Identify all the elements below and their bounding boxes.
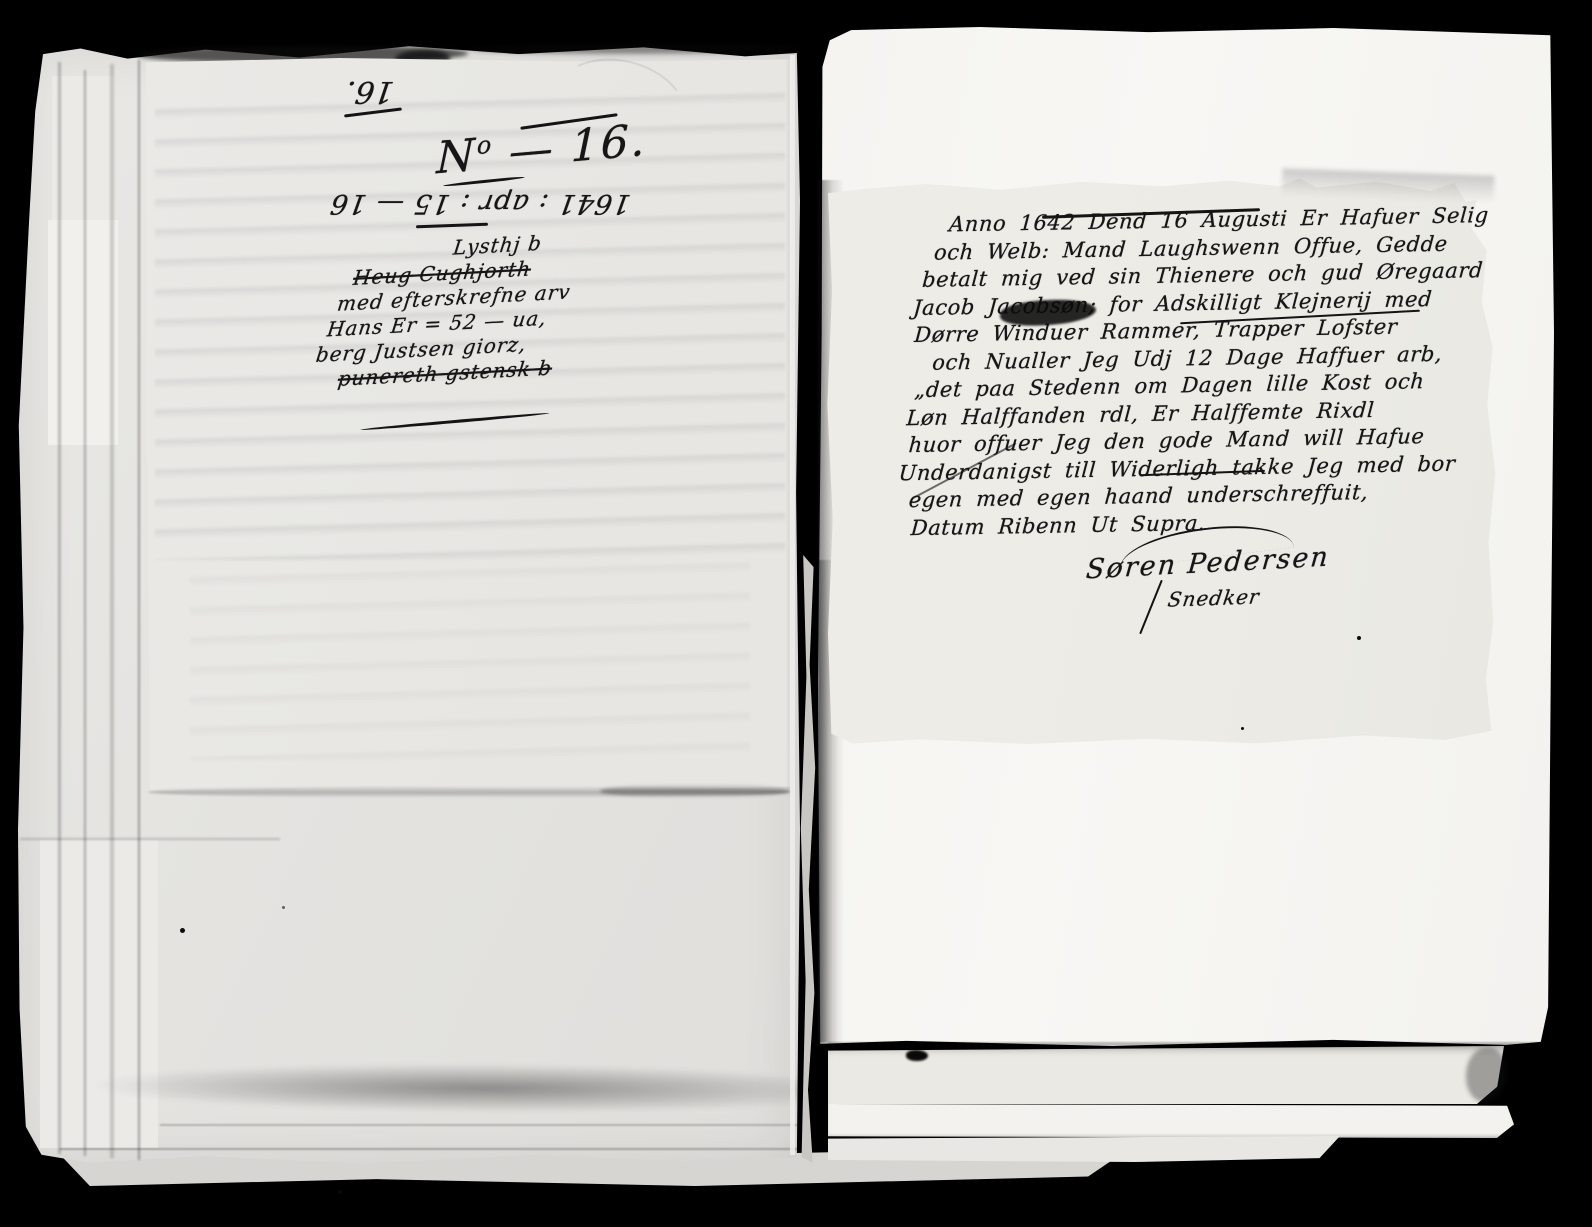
left-page-edge-highlight: [790, 55, 795, 1155]
inverted-note: 1641 : apr : 15 — 16: [328, 188, 633, 219]
paper-stack-band: [828, 1046, 1504, 1104]
paper-stack-band: [828, 1104, 1514, 1138]
crease-line: [84, 70, 86, 1156]
dust-speck: [180, 928, 185, 933]
paper-edge-patch: [52, 76, 114, 220]
paper-edge-line: [160, 1124, 800, 1126]
stack-fold-smudge: [1466, 1048, 1506, 1102]
archive-number-sup: o: [477, 130, 494, 160]
crease-line: [20, 838, 280, 840]
bleed-through-text: [190, 560, 750, 760]
crease-line: [110, 64, 114, 1158]
dust-speck: [282, 906, 285, 909]
dust-speck: [338, 1190, 342, 1194]
signature-role: Snedker: [1166, 584, 1261, 611]
manuscript-scan: 16. No — 16. 1641 : apr : 15 — 16 Lysthj…: [0, 0, 1592, 1227]
paper-stack-band: [828, 1136, 1340, 1162]
ink-blot: [906, 1050, 928, 1061]
inner-sheet-edge-dark: [600, 784, 790, 798]
dust-speck: [1241, 727, 1244, 730]
ink-smudge: [470, 44, 800, 54]
backing-bottom-edge: [828, 1042, 1545, 1046]
inner-sheet-right-edge: [788, 60, 789, 790]
corner-number: 16.: [344, 74, 397, 109]
paper-edge-line: [60, 1148, 800, 1150]
archive-number-n: N: [436, 130, 477, 185]
crease-line: [58, 62, 61, 1154]
fold-shadow: [95, 1062, 805, 1115]
crease-line: [138, 60, 140, 1160]
dust-speck: [1357, 636, 1361, 640]
scribble-block: Lysthj b Heug Cughjorth med efterskrefne…: [311, 229, 578, 393]
letter-text: Anno 1642 Dend 16 Augusti Er Hafuer Seli…: [892, 202, 1515, 543]
